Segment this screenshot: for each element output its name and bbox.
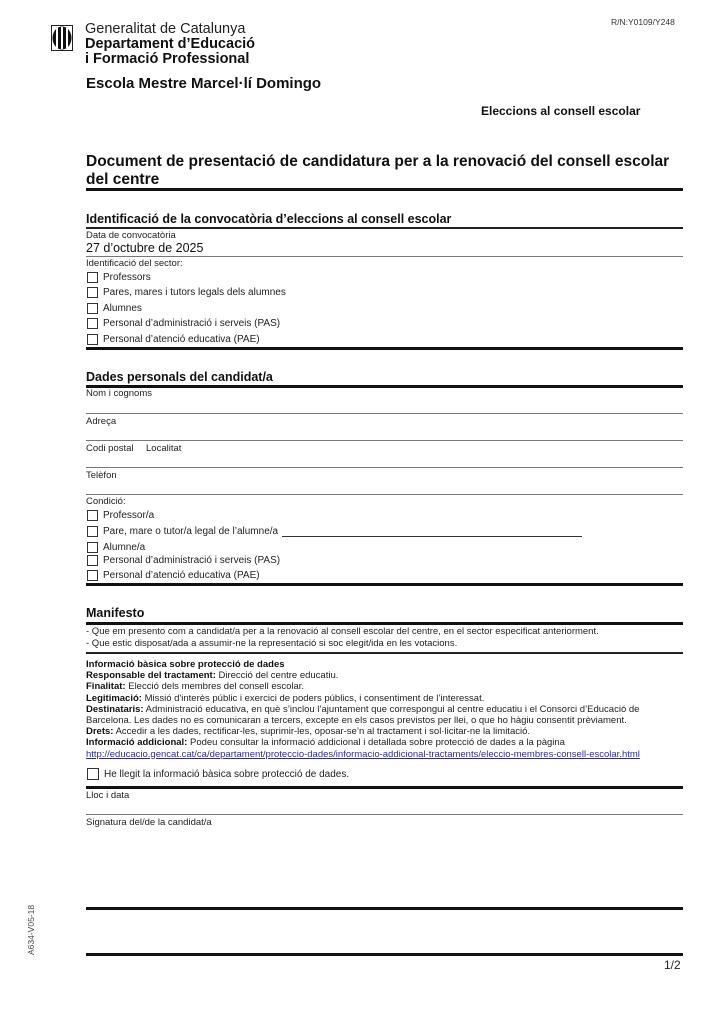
- form-code: A634-V05-18: [26, 905, 36, 955]
- checkbox[interactable]: [87, 303, 98, 314]
- privacy-item: Informació addicional: Podeu consultar l…: [86, 737, 686, 748]
- reference-number: R/N:Y0109/Y248: [611, 17, 675, 27]
- option-label: Alumnes: [103, 303, 142, 314]
- checkbox[interactable]: [87, 542, 98, 553]
- checkbox[interactable]: [87, 768, 99, 780]
- option-label: Pares, mares i tutors legals dels alumne…: [103, 287, 286, 298]
- divider: [86, 786, 683, 789]
- sector-option-parents[interactable]: Pares, mares i tutors legals dels alumne…: [87, 287, 286, 298]
- divider: [86, 494, 683, 495]
- checkbox[interactable]: [87, 334, 98, 345]
- option-label: Personal d’administració i serveis (PAS): [103, 318, 280, 329]
- signature-label: Signatura del/de la candidat/a: [86, 817, 212, 828]
- condition-option-student[interactable]: Alumne/a: [87, 542, 145, 553]
- divider: [86, 652, 683, 654]
- sector-option-professors[interactable]: Professors: [87, 272, 151, 283]
- option-label: Professor/a: [103, 510, 154, 521]
- divider: [86, 385, 683, 388]
- divider: [86, 188, 683, 191]
- condition-option-parent[interactable]: Pare, mare o tutor/a legal de l’alumne/a: [87, 526, 582, 537]
- privacy-ack-option[interactable]: He llegit la informació bàsica sobre pro…: [87, 768, 349, 780]
- privacy-info: Informació bàsica sobre protecció de dad…: [86, 659, 686, 760]
- divider: [86, 953, 683, 956]
- section-heading-call: Identificació de la convocatòria d’elecc…: [86, 212, 451, 226]
- option-label: He llegit la informació bàsica sobre pro…: [104, 769, 349, 780]
- org-line-2: Departament d’Educació: [85, 37, 255, 52]
- section-heading-manifesto: Manifesto: [86, 606, 144, 620]
- page-number: 1/2: [664, 958, 681, 972]
- divider: [86, 467, 683, 468]
- privacy-item: Destinataris: Administració educativa, e…: [86, 704, 686, 726]
- name-field[interactable]: [86, 398, 683, 412]
- document-title: Document de presentació de candidatura p…: [86, 153, 686, 189]
- divider: [86, 907, 683, 910]
- option-label: Pare, mare o tutor/a legal de l’alumne/a: [103, 526, 278, 537]
- option-label: Professors: [103, 272, 151, 283]
- checkbox[interactable]: [87, 570, 98, 581]
- org-line-1: Generalitat de Catalunya: [85, 22, 255, 37]
- manifesto-line-2: - Que estic disposat/ada a assumir-ne la…: [86, 638, 457, 649]
- org-line-3: i Formació Professional: [85, 52, 255, 67]
- divider: [86, 347, 683, 350]
- phone-field[interactable]: [86, 480, 683, 494]
- student-name-field[interactable]: [282, 527, 582, 537]
- option-label: Personal d’atenció educativa (PAE): [103, 570, 260, 581]
- sector-option-pae[interactable]: Personal d’atenció educativa (PAE): [87, 334, 260, 345]
- divider: [86, 814, 683, 815]
- signature-area[interactable]: [86, 830, 683, 906]
- checkbox[interactable]: [87, 555, 98, 566]
- call-date-label: Data de convocatòria: [86, 230, 176, 241]
- checkbox[interactable]: [87, 526, 98, 537]
- privacy-heading: Informació bàsica sobre protecció de dad…: [86, 659, 285, 670]
- manifesto-line-1: - Que em presento com a candidat/a per a…: [86, 626, 599, 637]
- sector-option-students[interactable]: Alumnes: [87, 303, 142, 314]
- divider: [86, 622, 683, 625]
- divider: [86, 440, 683, 441]
- sector-option-pas[interactable]: Personal d’administració i serveis (PAS): [87, 318, 280, 329]
- address-field[interactable]: [86, 426, 683, 440]
- privacy-item: Legitimació: Missió d'interès públic i e…: [86, 693, 686, 704]
- place-date-field[interactable]: [86, 800, 683, 814]
- document-subject: Eleccions al consell escolar: [481, 104, 640, 118]
- section-heading-personal: Dades personals del candidat/a: [86, 370, 273, 384]
- divider: [86, 227, 683, 229]
- city-field[interactable]: [146, 453, 683, 467]
- condition-option-teacher[interactable]: Professor/a: [87, 510, 154, 521]
- organization-name: Generalitat de Catalunya Departament d’E…: [85, 22, 255, 67]
- privacy-item: Drets: Accedir a les dades, rectificar-l…: [86, 726, 686, 737]
- option-label: Personal d’administració i serveis (PAS): [103, 555, 280, 566]
- condition-label: Condició:: [86, 496, 126, 507]
- checkbox[interactable]: [87, 287, 98, 298]
- condition-option-pas[interactable]: Personal d’administració i serveis (PAS): [87, 555, 280, 566]
- divider: [86, 583, 683, 586]
- checkbox[interactable]: [87, 510, 98, 521]
- sector-label: Identificació del sector:: [86, 258, 183, 269]
- condition-option-pae[interactable]: Personal d’atenció educativa (PAE): [87, 570, 260, 581]
- school-name: Escola Mestre Marcel·lí Domingo: [86, 75, 321, 92]
- call-date-field[interactable]: 27 d’octubre de 2025: [86, 241, 203, 255]
- checkbox[interactable]: [87, 272, 98, 283]
- option-label: Alumne/a: [103, 542, 145, 553]
- divider: [86, 413, 683, 414]
- generalitat-emblem-icon: [51, 25, 73, 51]
- checkbox[interactable]: [87, 318, 98, 329]
- privacy-item: Finalitat: Elecció dels membres del cons…: [86, 681, 686, 692]
- privacy-link[interactable]: http://educacio.gencat.cat/ca/departamen…: [86, 749, 640, 760]
- privacy-item: Responsable del tractament: Direcció del…: [86, 670, 686, 681]
- postal-code-field[interactable]: [86, 453, 144, 467]
- divider: [86, 256, 683, 257]
- option-label: Personal d’atenció educativa (PAE): [103, 334, 260, 345]
